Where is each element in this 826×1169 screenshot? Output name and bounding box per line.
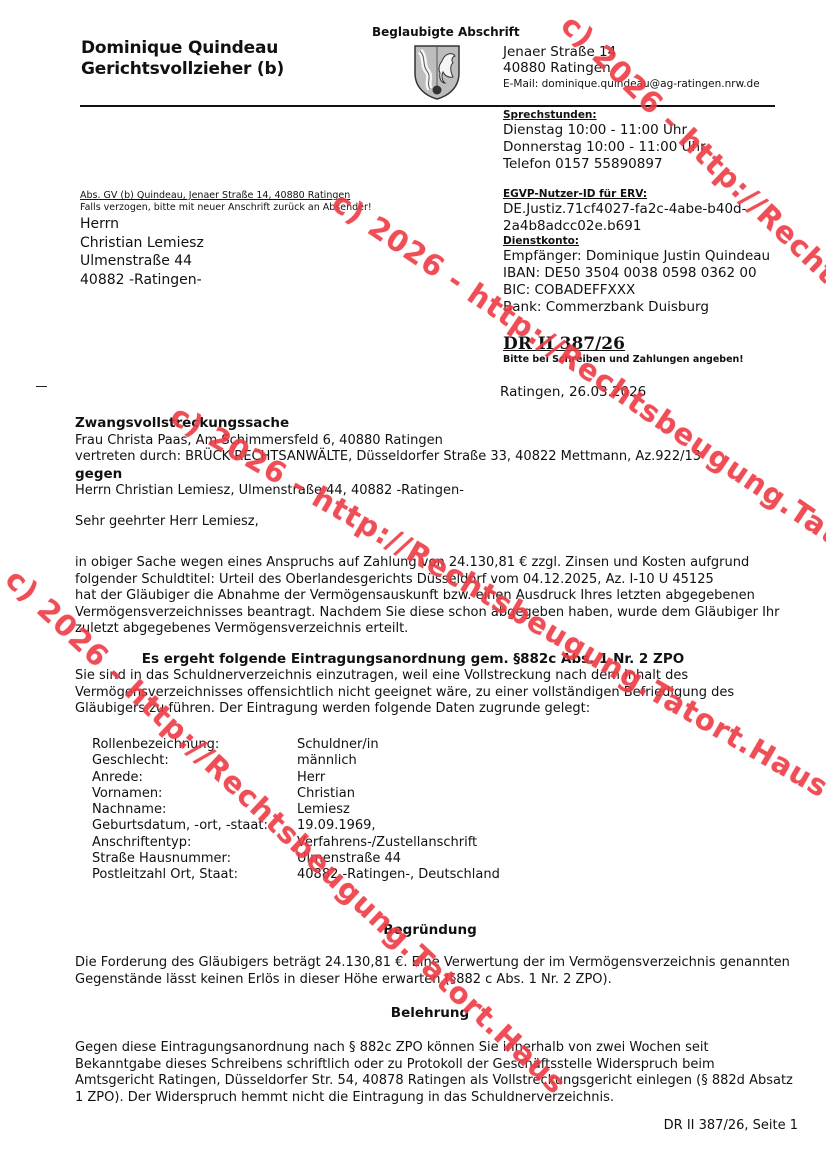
account-iban: IBAN: DE50 3504 0038 0598 0362 00 [503, 265, 770, 282]
table-row: Geburtsdatum, -ort, -staat:19.09.1969, [92, 818, 500, 834]
table-row: Geschlecht:männlich [92, 753, 500, 769]
egvp-id-line: DE.Justiz.71cf4027-fa2c-4abe-b40d- [503, 201, 770, 218]
certified-copy-label: Beglaubigte Abschrift [372, 25, 520, 39]
case-number-note: Bitte bei Schreiben und Zahlungen angebe… [503, 354, 744, 365]
debtor: Herrn Christian Lemiesz, Ulmenstraße 44,… [75, 483, 701, 500]
field-value: Verfahrens-/Zustellanschrift [297, 835, 500, 851]
field-label: Vornamen: [92, 786, 297, 802]
recipient-line: Herrn [80, 215, 204, 234]
office-hours-line: Dienstag 10:00 - 11:00 Uhr [503, 122, 706, 139]
field-value: 19.09.1969, [297, 818, 500, 834]
egvp-heading: EGVP-Nutzer-ID für ERV: [503, 188, 770, 201]
account-bank: Bank: Commerzbank Duisburg [503, 299, 770, 316]
sender-city: 40880 Ratingen [503, 60, 760, 76]
field-value: Herr [297, 770, 500, 786]
field-label: Postleitzahl Ort, Staat: [92, 867, 297, 883]
sender-email: E-Mail: dominique.quindeau@ag-ratingen.n… [503, 76, 760, 92]
table-row: Rollenbezeichnung:Schuldner/in [92, 737, 500, 753]
field-value: Ulmenstraße 44 [297, 851, 500, 867]
office-hours-line: Donnerstag 10:00 - 11:00 Uhr [503, 139, 706, 156]
field-label: Geschlecht: [92, 753, 297, 769]
office-hours-block: Sprechstunden: Dienstag 10:00 - 11:00 Uh… [503, 109, 706, 173]
field-label: Nachname: [92, 802, 297, 818]
table-row: Vornamen:Christian [92, 786, 500, 802]
account-recipient: Empfänger: Dominique Justin Quindeau [503, 248, 770, 265]
recipient-address: Herrn Christian Lemiesz Ulmenstraße 44 4… [80, 215, 204, 289]
return-note: Falls verzogen, bitte mit neuer Anschrif… [80, 202, 372, 213]
field-label: Anrede: [92, 770, 297, 786]
field-value: 40882 -Ratingen-, Deutschland [297, 867, 500, 883]
case-number: DR II 387/26 [503, 334, 625, 354]
salutation: Sehr geehrter Herr Lemiesz, [75, 514, 259, 529]
sender-name: Dominique Quindeau [81, 38, 284, 59]
field-value: Schuldner/in [297, 737, 500, 753]
paragraph-order: Sie sind in das Schuldnerverzeichnis ein… [75, 668, 795, 718]
instruction-text: Gegen diese Eintragungsanordnung nach § … [75, 1040, 795, 1106]
field-value: männlich [297, 753, 500, 769]
phone-line: Telefon 0157 55890897 [503, 156, 706, 173]
nrw-coat-of-arms-icon [412, 43, 462, 101]
instruction-title: Belehrung [0, 1005, 826, 1021]
field-label: Rollenbezeichnung: [92, 737, 297, 753]
egvp-id-line: 2a4b8adcc02e.b691 [503, 218, 770, 235]
sender-block: Dominique Quindeau Gerichtsvollzieher (b… [81, 38, 284, 80]
page-reference: DR II 387/26, Seite 1 [664, 1118, 798, 1133]
account-bic: BIC: COBADEFFXXX [503, 282, 770, 299]
sender-street: Jenaer Straße 14 [503, 44, 760, 60]
field-label: Anschriftentyp: [92, 835, 297, 851]
order-title: Es ergeht folgende Eintragungsanordnung … [0, 651, 826, 667]
office-hours-heading: Sprechstunden: [503, 109, 706, 122]
creditor: Frau Christa Paas, Am Schimmersfeld 6, 4… [75, 433, 701, 450]
return-sender-line: Abs. GV (b) Quindeau, Jenaer Straße 14, … [80, 190, 350, 201]
sender-title: Gerichtsvollzieher (b) [81, 59, 284, 80]
table-row: Anschriftentyp:Verfahrens-/Zustellanschr… [92, 835, 500, 851]
egvp-account-block: EGVP-Nutzer-ID für ERV: DE.Justiz.71cf40… [503, 188, 770, 316]
table-row: Straße Hausnummer:Ulmenstraße 44 [92, 851, 500, 867]
case-parties: Zwangsvollstreckungssache Frau Christa P… [75, 415, 701, 500]
field-value: Lemiesz [297, 802, 500, 818]
fold-mark [36, 386, 47, 387]
recipient-line: 40882 -Ratingen- [80, 271, 204, 290]
account-heading: Dienstkonto: [503, 235, 770, 248]
recipient-line: Ulmenstraße 44 [80, 252, 204, 271]
sender-address: Jenaer Straße 14 40880 Ratingen E-Mail: … [503, 44, 760, 92]
against-label: gegen [75, 466, 122, 482]
reasoning-title: Begründung [0, 922, 826, 938]
table-row: Postleitzahl Ort, Staat:40882 -Ratingen-… [92, 867, 500, 883]
reasoning-text: Die Forderung des Gläubigers beträgt 24.… [75, 955, 795, 988]
paragraph-claim: in obiger Sache wegen eines Anspruchs au… [75, 555, 795, 638]
table-row: Anrede:Herr [92, 770, 500, 786]
recipient-line: Christian Lemiesz [80, 234, 204, 253]
field-value: Christian [297, 786, 500, 802]
debtor-data-table: Rollenbezeichnung:Schuldner/inGeschlecht… [92, 737, 500, 884]
creditor-representative: vertreten durch: BRÜCK RECHTSANWÄLTE, Dü… [75, 449, 701, 466]
table-row: Nachname:Lemiesz [92, 802, 500, 818]
field-label: Geburtsdatum, -ort, -staat: [92, 818, 297, 834]
case-title: Zwangsvollstreckungssache [75, 415, 289, 431]
letter-date: Ratingen, 26.03.2026 [500, 384, 646, 400]
field-label: Straße Hausnummer: [92, 851, 297, 867]
header-divider [80, 105, 775, 107]
